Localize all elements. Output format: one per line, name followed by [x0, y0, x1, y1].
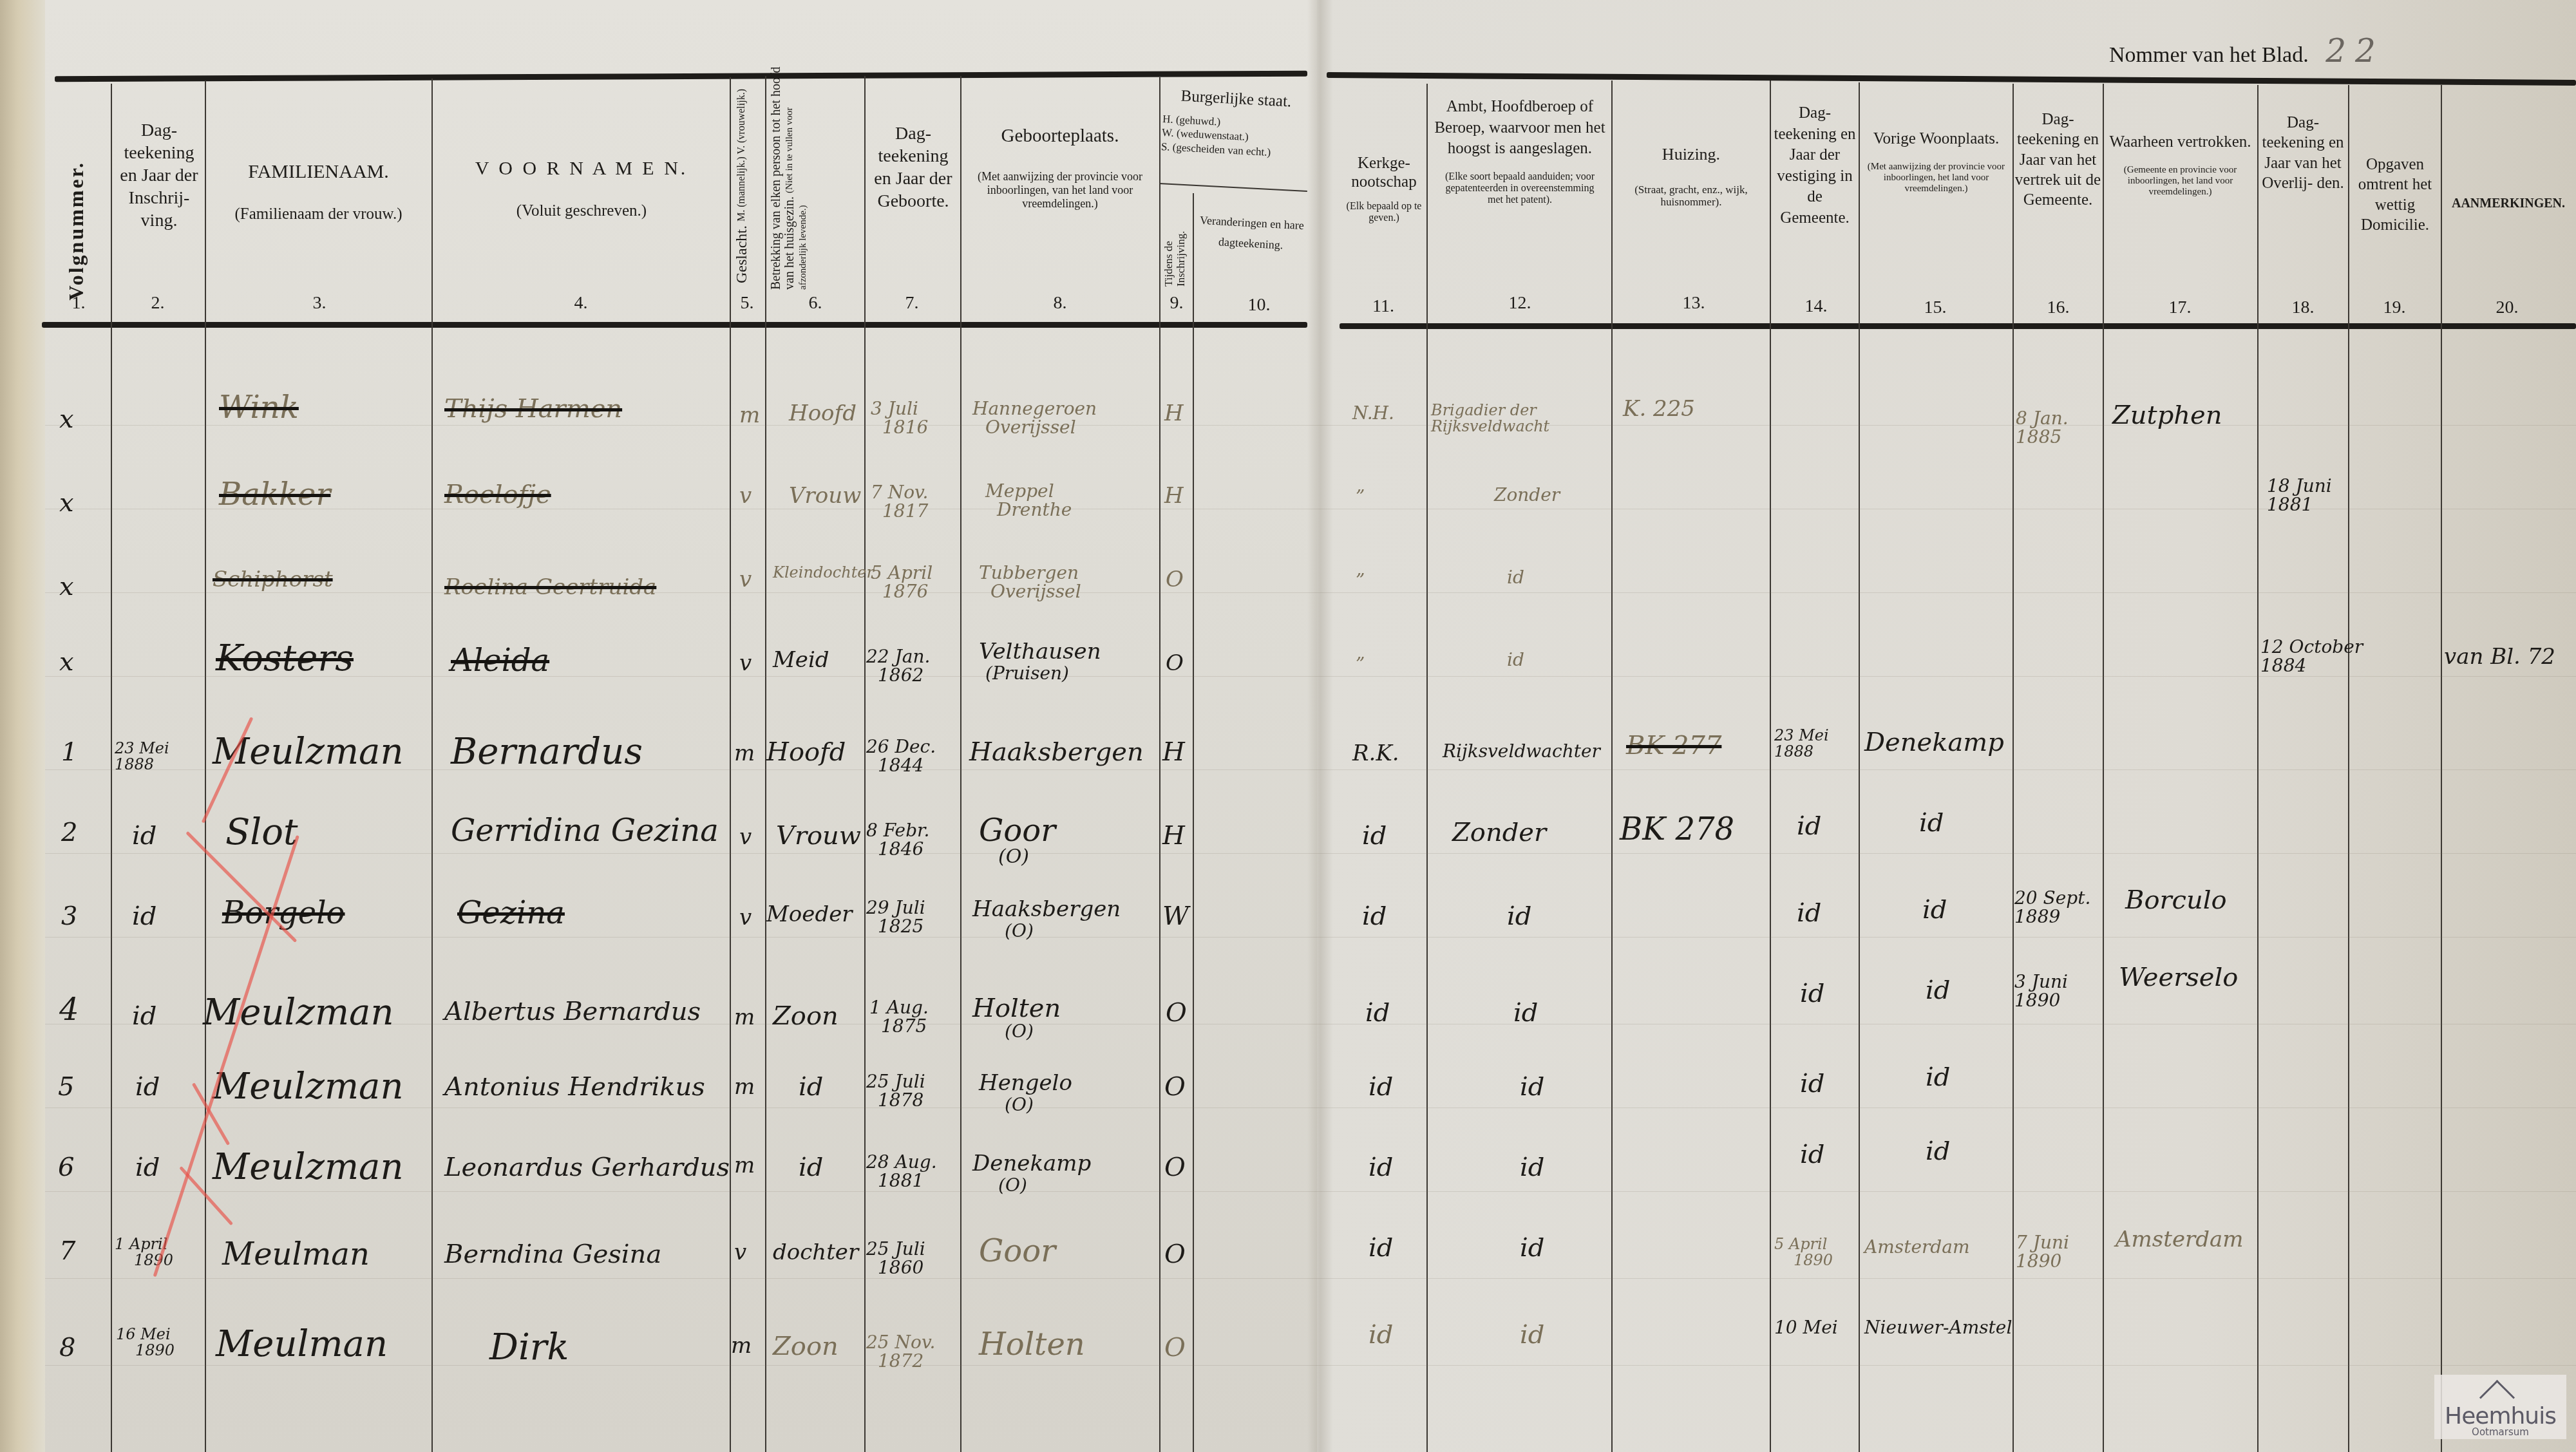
row-betrekking: Vrouw — [776, 821, 861, 851]
row-huizing: BK 278 — [1620, 811, 1734, 847]
row-betrekking: id — [799, 1153, 823, 1182]
row-staat: H — [1162, 821, 1185, 851]
row-staat: H — [1164, 401, 1184, 426]
row-geboortedatum: 28 Aug.1881 — [866, 1153, 937, 1191]
row-vorige-woonplaats: id — [1922, 895, 1947, 925]
ruled-line — [45, 676, 2576, 677]
header-vorige-woonplaats: Vorige Woonplaats. (Met aanwijzing der p… — [1861, 129, 2011, 194]
row-geboorteplaats: Hengelo(O) — [979, 1072, 1072, 1114]
row-kerk: id — [1362, 821, 1387, 851]
row-geboortedatum: 29 Juli1825 — [866, 898, 925, 936]
header-overlijden: Dag- teekening en Jaar van het Overlij- … — [2259, 113, 2347, 193]
row-familienaam: Meulzman — [213, 1146, 404, 1188]
row-volgnummer: 1 — [61, 737, 77, 767]
row-staat: O — [1164, 1072, 1186, 1102]
row-kerk: N.H. — [1352, 402, 1394, 424]
logo-place: Ootmarsum — [2434, 1426, 2566, 1438]
ruled-line — [45, 1024, 2576, 1024]
colnum-8: 8. — [1028, 293, 1092, 314]
row-volgnummer: 3 — [61, 901, 77, 931]
colnum-17: 17. — [2148, 297, 2212, 318]
header-burgerlijke-staat: Burgerlijke staat. H. (gehuwd.) W. (wedu… — [1160, 86, 1309, 160]
row-vorige-woonplaats: id — [1926, 1062, 1950, 1092]
row-geboorteplaats: Goor — [979, 1233, 1056, 1269]
row-inschrijving: 16 Mei1890 — [116, 1326, 175, 1359]
row-betrekking: Zoon — [773, 1001, 838, 1031]
colnum-1: 1. — [46, 293, 111, 314]
row-geslacht: m — [734, 1004, 755, 1030]
colnum-3: 3. — [287, 293, 352, 314]
row-staat: H — [1164, 483, 1184, 509]
header-voornamen: V O O R N A M E N. (Voluit geschreven.) — [434, 158, 729, 220]
colnum-19: 19. — [2362, 297, 2427, 318]
header-waarheen: Waarheen vertrokken. (Gemeente en provin… — [2105, 132, 2256, 198]
row-familienaam: Meulman — [222, 1236, 370, 1272]
row-familienaam: Meulman — [216, 1323, 388, 1365]
book-gutter — [1307, 0, 1333, 1452]
row-geslacht: v — [734, 1240, 746, 1265]
header-vertrek: Dag- teekening en Jaar van het vertrek u… — [2014, 109, 2101, 210]
col-divider — [1611, 80, 1613, 1452]
colnum-18: 18. — [2271, 297, 2335, 318]
row-geslacht: v — [739, 567, 752, 592]
header-familienaam: FAMILIENAAM. (Familienaam der vrouw.) — [207, 161, 430, 223]
row-familienaam: Bakker — [219, 476, 330, 513]
row-geslacht: m — [739, 402, 760, 428]
header-familienaam-main: FAMILIENAAM. — [207, 161, 430, 184]
row-vorige-woonplaats: id — [1926, 976, 1950, 1005]
row-inschrijving: 23 Mei1888 — [115, 740, 169, 773]
row-kerk: ” — [1356, 570, 1365, 591]
col-divider — [1770, 80, 1771, 1452]
colnum-13: 13. — [1662, 293, 1726, 314]
header-geslacht: Geslacht. M. (mannelijk.) V. (vrouwelijk… — [734, 71, 750, 283]
col-divider — [205, 80, 206, 1452]
header-waarheen-main: Waarheen vertrokken. — [2105, 132, 2256, 153]
row-geboorteplaats: MeppelDrenthe — [985, 482, 1072, 520]
header-voornamen-main: V O O R N A M E N. — [434, 158, 729, 180]
row-voornamen: Antonius Hendrikus — [444, 1072, 705, 1102]
row-beroep: id — [1507, 649, 1524, 670]
row-geboorteplaats: Holten(O) — [972, 995, 1061, 1041]
header-geslacht-sub: M. (mannelijk.) V. (vrouwelijk.) — [736, 89, 747, 222]
row-kerk: R.K. — [1352, 740, 1399, 766]
row-geslacht: m — [731, 1333, 752, 1359]
col-divider — [2103, 84, 2104, 1452]
col-divider — [1859, 82, 1860, 1452]
row-staat: H — [1162, 737, 1185, 767]
row-huizing: BK 277 — [1626, 731, 1721, 760]
row-volgnummer: 2 — [61, 818, 77, 847]
ruled-line — [45, 1108, 2576, 1108]
row-voornamen: Leonardus Gerhardus — [444, 1153, 730, 1182]
row-staat: O — [1164, 1240, 1186, 1269]
ruled-line — [45, 509, 2576, 509]
header-waarheen-sub: (Gemeente en provincie voor inboorlingen… — [2105, 165, 2256, 198]
header-kerkgenootschap: Kerkge- nootschap (Elk bepaald op te gev… — [1343, 155, 1425, 224]
row-vorige-woonplaats: Denekamp — [1864, 728, 2004, 757]
row-geboortedatum: 26 Dec.1844 — [866, 737, 936, 775]
row-geslacht: v — [739, 905, 752, 930]
row-beroep: Zonder — [1452, 818, 1546, 847]
logo-name: Heemhuis — [2434, 1403, 2566, 1429]
colnum-6: 6. — [783, 293, 848, 314]
row-inschrijving: id — [132, 821, 156, 851]
header-veranderingen: Veranderingen en hare dagteekening. — [1195, 210, 1307, 258]
header-geboorteplaats: Geboorteplaats. (Met aanwijzing der prov… — [963, 126, 1157, 210]
row-beroep: id — [1507, 567, 1524, 588]
row-geboortedatum: 22 Jan.1862 — [866, 647, 930, 685]
colnum-9: 9. — [1144, 293, 1209, 314]
header-geboorteplaats-main: Geboorteplaats. — [963, 126, 1157, 147]
row-geboortedatum: 1 Aug.1875 — [869, 998, 929, 1036]
row-geboorteplaats: Haaksbergen — [969, 737, 1144, 767]
row-vestiging: 23 Mei1888 — [1774, 728, 1829, 760]
row-betrekking: Hoofd — [789, 401, 857, 426]
blad-label: Nommer van het Blad. — [2109, 43, 2309, 67]
header-geboorte: Dag- teekening en Jaar der Geboorte. — [868, 122, 958, 212]
row-kerk: id — [1365, 998, 1390, 1028]
row-familienaam: Borgelo — [222, 895, 345, 931]
row-overlijden: 12 October1884 — [2260, 637, 2363, 675]
row-vorige-woonplaats: id — [1926, 1136, 1950, 1166]
row-familienaam: Schiphorst — [213, 567, 333, 592]
row-aanmerkingen: van Bl. 72 — [2444, 644, 2555, 670]
row-familienaam: Meulzman — [213, 1066, 404, 1108]
row-beroep: id — [1520, 1320, 1544, 1350]
row-volgnummer: 4 — [59, 992, 79, 1028]
colnum-5: 5. — [715, 293, 779, 314]
colnum-4: 4. — [549, 293, 613, 314]
col-divider — [960, 76, 961, 1452]
row-geboorteplaats: Goor(O) — [979, 815, 1056, 867]
row-geslacht: v — [739, 483, 752, 509]
row-vestiging: id — [1800, 1069, 1824, 1098]
header-familienaam-sub: (Familienaam der vrouw.) — [207, 205, 430, 224]
row-voornamen: Thijs Harmen — [444, 394, 622, 424]
row-overlijden: 18 Juni1881 — [2267, 476, 2332, 514]
row-voornamen: Gezina — [457, 895, 565, 931]
row-vertrek: 20 Sept.1889 — [2014, 889, 2090, 927]
header-vorige-main: Vorige Woonplaats. — [1861, 129, 2011, 150]
row-voornamen: Albertus Bernardus — [444, 997, 701, 1026]
row-vertrek: 3 Juni1890 — [2014, 972, 2068, 1010]
blad-number: Nommer van het Blad. 22 — [2109, 32, 2385, 70]
col-divider — [2257, 85, 2259, 1452]
row-geboorteplaats: Denekamp(O) — [972, 1153, 1091, 1194]
row-beroep: id — [1520, 1233, 1544, 1263]
row-volgnummer: 7 — [59, 1236, 75, 1266]
row-vertrek: 8 Jan.1885 — [2016, 409, 2069, 447]
ruled-line — [45, 937, 2576, 938]
blad-value: 22 — [2325, 32, 2385, 70]
row-staat: O — [1166, 567, 1184, 592]
colnum-10: 10. — [1227, 295, 1291, 316]
row-waarheen: Amsterdam — [2116, 1227, 2244, 1252]
row-kerk: id — [1368, 1072, 1393, 1102]
row-vestiging: 5 April1890 — [1774, 1236, 1833, 1268]
row-kerk: ” — [1356, 654, 1365, 675]
row-familienaam: Slot — [225, 811, 298, 853]
col-divider — [2441, 85, 2442, 1452]
row-voornamen: Gerridina Gezina — [451, 815, 719, 847]
header-beroep-main: Ambt, Hoofdberoep of Beroep, waarvoor me… — [1430, 97, 1610, 160]
row-geboortedatum: 5 April1876 — [871, 563, 933, 601]
header-huizing-sub: (Straat, gracht, enz., wijk, huisnommer)… — [1614, 184, 1768, 209]
row-betrekking: Hoofd — [766, 737, 846, 767]
row-betrekking: dochter — [773, 1240, 858, 1265]
row-geslacht: m — [734, 740, 755, 766]
row-kerk: id — [1368, 1153, 1393, 1182]
row-betrekking: Vrouw — [789, 483, 861, 509]
row-beroep: id — [1520, 1153, 1544, 1182]
col-divider — [730, 77, 731, 1452]
row-volgnummer: 6 — [58, 1153, 74, 1182]
row-geboortedatum: 25 Juli1860 — [866, 1240, 925, 1278]
header-aanmerkingen: AANMERKINGEN. — [2444, 196, 2573, 211]
row-geslacht: v — [739, 650, 752, 676]
row-vestiging: id — [1800, 979, 1824, 1008]
col-divider — [2012, 84, 2014, 1452]
row-inschrijving: id — [132, 901, 156, 931]
row-vorige-woonplaats: Nieuwer-Amstel — [1864, 1317, 2012, 1338]
row-staat: O — [1164, 1333, 1186, 1362]
row-vestiging: 10 Mei — [1774, 1317, 1838, 1338]
row-familienaam: Wink — [219, 390, 299, 426]
row-beroep: Zonder — [1494, 484, 1560, 505]
colnum-2: 2. — [126, 293, 190, 314]
ruled-line — [45, 769, 2576, 770]
row-geboorteplaats: HannegeroenOverijssel — [972, 399, 1097, 437]
row-volgnummer: x — [59, 572, 74, 601]
row-beroep: Brigadier derRijksveldwacht — [1431, 402, 1549, 435]
row-geslacht: m — [734, 1153, 755, 1178]
col-divider — [1193, 193, 1194, 1452]
row-betrekking: id — [799, 1072, 823, 1102]
colnum-12: 12. — [1488, 293, 1552, 314]
row-beroep: id — [1520, 1072, 1544, 1102]
row-geboorteplaats: TubbergenOverijssel — [979, 563, 1081, 601]
row-voornamen: Bernardus — [451, 731, 643, 773]
col-divider — [111, 84, 112, 1452]
row-betrekking: Zoon — [773, 1332, 838, 1361]
ruled-line — [45, 853, 2576, 854]
header-bottom-rule-left — [42, 322, 1307, 328]
header-geslacht-main: Geslacht. — [734, 225, 750, 283]
row-voornamen: Aleida — [451, 643, 549, 679]
row-beroep: Rijksveldwachter — [1443, 740, 1600, 762]
row-inschrijving: id — [135, 1153, 160, 1182]
row-kerk: id — [1362, 901, 1387, 931]
row-waarheen: Weerselo — [2119, 963, 2238, 992]
row-geslacht: m — [734, 1074, 755, 1100]
row-geboorteplaats: Holten — [979, 1326, 1085, 1362]
header-kerk-main: Kerkge- nootschap — [1343, 155, 1425, 192]
row-staat: W — [1162, 901, 1189, 931]
heemhuis-logo: Heemhuis Ootmarsum — [2434, 1375, 2566, 1439]
ruled-line — [45, 1278, 2576, 1279]
col-divider — [1159, 77, 1160, 1452]
header-huizing: Huizing. (Straat, gracht, enz., wijk, hu… — [1614, 145, 1768, 209]
row-waarheen: Borculo — [2125, 885, 2227, 915]
header-geboorteplaats-sub: (Met aanwijzing der provincie voor inboo… — [963, 170, 1157, 210]
row-kerk: id — [1368, 1233, 1393, 1263]
colnum-11: 11. — [1351, 296, 1416, 317]
row-volgnummer: x — [59, 404, 74, 434]
row-inschrijving: id — [132, 1001, 156, 1031]
row-beroep: id — [1507, 901, 1531, 931]
row-inschrijving: id — [135, 1072, 160, 1102]
header-beroep-sub: (Elke soort bepaald aanduiden; voor gepa… — [1430, 171, 1610, 207]
row-familienaam: Kosters — [216, 637, 354, 679]
row-voornamen: Dirk — [489, 1326, 569, 1368]
row-kerk: id — [1368, 1320, 1393, 1350]
header-domicilie: Opgaven omtrent het wettig Domicilie. — [2350, 155, 2440, 235]
col-divider — [2348, 85, 2349, 1452]
row-betrekking: Moeder — [766, 901, 853, 927]
row-geboorteplaats: Velthausen(Pruisen) — [979, 641, 1101, 683]
row-geboortedatum: 8 Febr.1846 — [866, 821, 929, 859]
row-vertrek: 7 Juni1890 — [2016, 1233, 2069, 1271]
header-kerk-sub: (Elk bepaald op te geven.) — [1343, 201, 1425, 225]
header-huizing-main: Huizing. — [1614, 145, 1768, 164]
row-betrekking: Meid — [773, 647, 829, 673]
header-vorige-sub: (Met aanwijzing der provincie voor inboo… — [1861, 162, 2011, 195]
row-geboorteplaats: Haaksbergen(O) — [972, 898, 1121, 940]
row-kerk: ” — [1356, 486, 1365, 507]
colnum-20: 20. — [2475, 297, 2539, 318]
row-waarheen: Zutphen — [2112, 401, 2222, 430]
row-volgnummer: 5 — [58, 1072, 74, 1102]
row-geslacht: v — [739, 824, 752, 850]
row-voornamen: Roelina Geertruida — [444, 567, 715, 608]
row-voornamen: Berndina Gesina — [444, 1240, 661, 1269]
row-volgnummer: 8 — [59, 1333, 75, 1362]
row-familienaam: Meulzman — [203, 992, 394, 1033]
col-divider — [431, 79, 433, 1452]
row-vestiging: id — [1800, 1140, 1824, 1169]
row-vestiging: id — [1797, 811, 1821, 841]
header-volgnummer: Volgnummer. — [64, 161, 88, 300]
colnum-7: 7. — [880, 293, 944, 314]
row-staat: O — [1166, 998, 1187, 1028]
row-huizing: K. 225 — [1623, 396, 1695, 422]
row-vestiging: id — [1797, 898, 1821, 928]
header-betrekking: Betrekking van elken persoon tot het hoo… — [770, 64, 860, 290]
row-geboortedatum: 3 Juli1816 — [871, 399, 928, 437]
row-staat: O — [1164, 1153, 1186, 1182]
header-voornamen-sub: (Voluit geschreven.) — [434, 202, 729, 221]
header-vestiging: Dag- teekening en Jaar der vestiging in … — [1772, 103, 1857, 229]
col-divider — [1426, 84, 1428, 1452]
header-beroep: Ambt, Hoofdberoep of Beroep, waarvoor me… — [1430, 97, 1610, 207]
row-geboortedatum: 7 Nov.1817 — [871, 483, 928, 521]
row-beroep: id — [1513, 998, 1538, 1028]
header-inschrijving: Dag- teekening en Jaar der Inschrij- vin… — [115, 119, 204, 232]
header-tijdens-inschrijving: Tijdens de Inschrijving. — [1163, 203, 1192, 287]
colnum-15: 15. — [1903, 297, 1967, 318]
row-voornamen: Roelofje — [444, 480, 551, 509]
ruled-line — [45, 1365, 2576, 1366]
ruled-line — [45, 592, 2576, 593]
col-divider — [864, 76, 866, 1452]
row-volgnummer: x — [59, 647, 74, 677]
header-bottom-rule-right — [1340, 323, 2576, 329]
row-volgnummer: x — [59, 488, 74, 518]
row-vorige-woonplaats: Amsterdam — [1864, 1236, 1970, 1258]
colnum-16: 16. — [2026, 297, 2090, 318]
row-vorige-woonplaats: id — [1919, 808, 1944, 838]
row-staat: O — [1166, 650, 1184, 676]
row-betrekking: Kleindochter — [773, 563, 860, 581]
book-edge — [0, 0, 45, 1452]
row-geboortedatum: 25 Nov.1872 — [866, 1333, 935, 1371]
colnum-14: 14. — [1784, 296, 1848, 317]
ruled-line — [45, 1191, 2576, 1192]
row-geboortedatum: 25 Juli1878 — [866, 1072, 925, 1110]
